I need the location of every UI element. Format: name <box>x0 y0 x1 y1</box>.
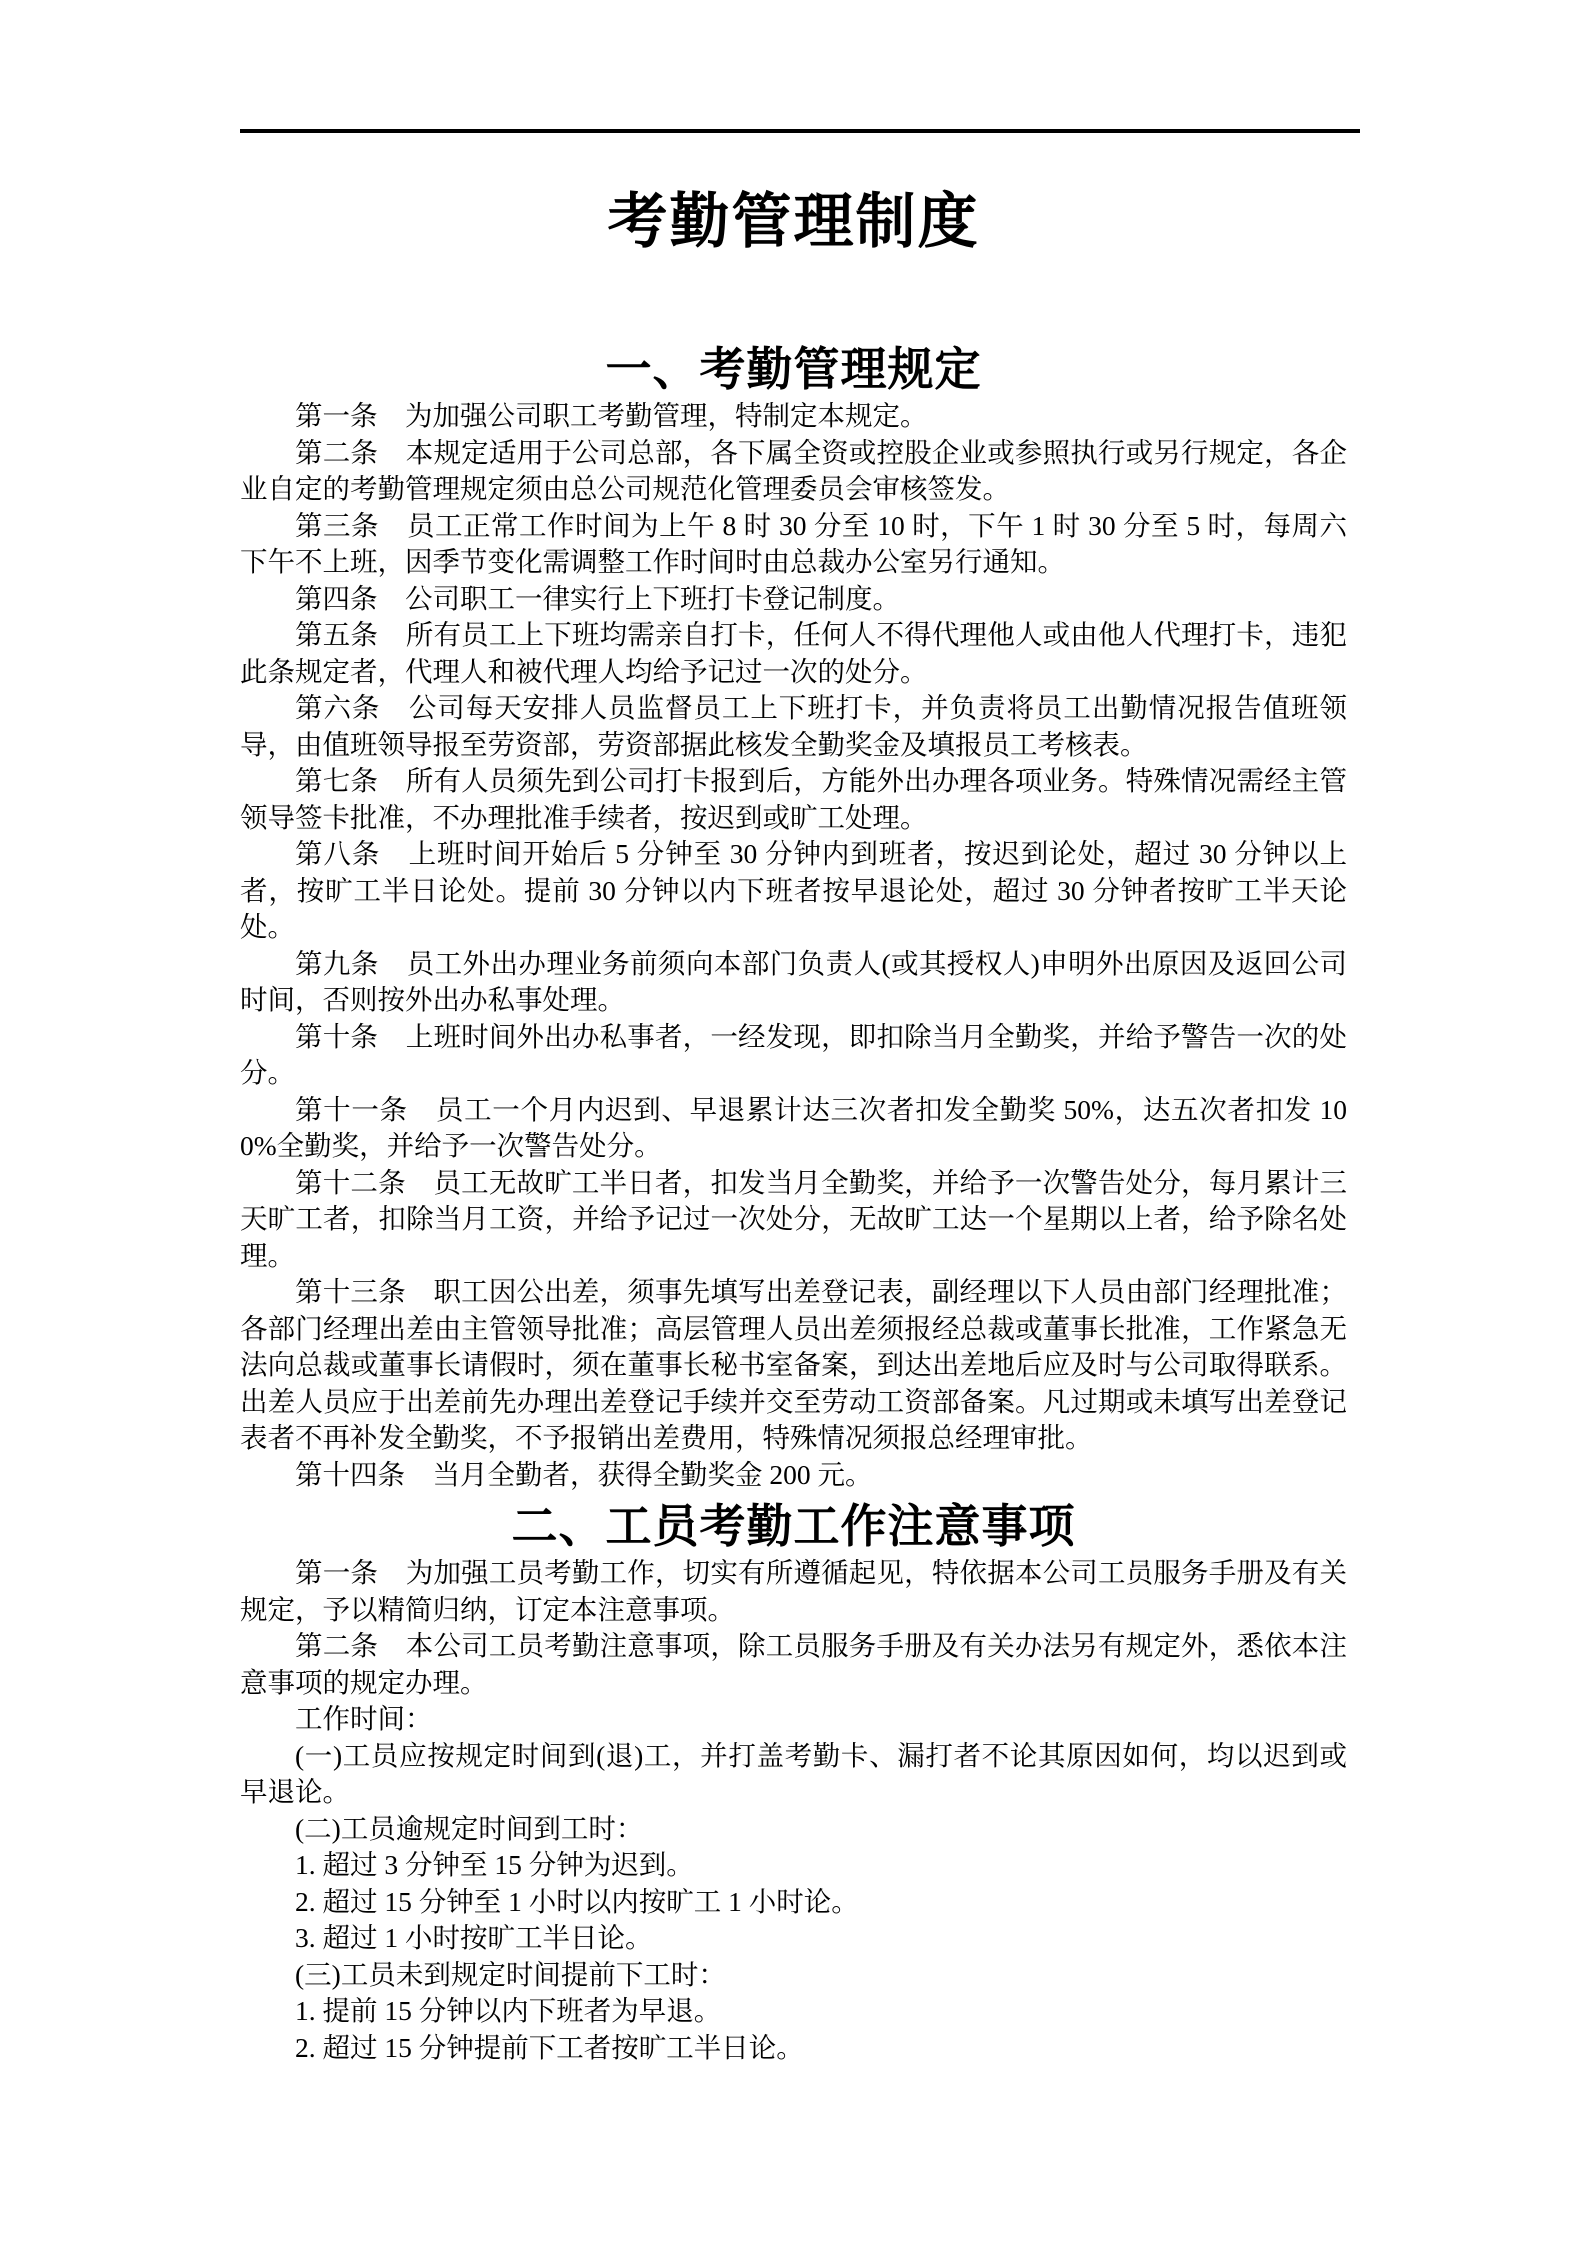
s1-article-8: 第八条 上班时间开始后 5 分钟至 30 分钟内到班者，按迟到论处，超过 30 … <box>240 836 1347 946</box>
s2-item-2-3: 3. 超过 1 小时按旷工半日论。 <box>240 1920 1347 1957</box>
s2-article-2: 第二条 本公司工员考勤注意事项，除工员服务手册及有关办法另有规定外，悉依本注意事… <box>240 1628 1347 1701</box>
s1-article-11: 第十一条 员工一个月内迟到、早退累计达三次者扣发全勤奖 50%，达五次者扣发 1… <box>240 1092 1347 1165</box>
s1-article-1: 第一条 为加强公司职工考勤管理，特制定本规定。 <box>240 398 1347 435</box>
s2-item-3-1: 1. 提前 15 分钟以内下班者为早退。 <box>240 1993 1347 2030</box>
document-page: 考勤管理制度 一、考勤管理规定 第一条 为加强公司职工考勤管理，特制定本规定。 … <box>0 0 1587 2245</box>
s1-article-6: 第六条 公司每天安排人员监督员工上下班打卡，并负责将员工出勤情况报告值班领导，由… <box>240 690 1347 763</box>
s1-article-3: 第三条 员工正常工作时间为上午 8 时 30 分至 10 时，下午 1 时 30… <box>240 508 1347 581</box>
s2-item-3: (三)工员未到规定时间提前下工时： <box>240 1957 1347 1994</box>
s2-item-2-2: 2. 超过 15 分钟至 1 小时以内按旷工 1 小时论。 <box>240 1884 1347 1921</box>
document-content: 考勤管理制度 一、考勤管理规定 第一条 为加强公司职工考勤管理，特制定本规定。 … <box>0 0 1587 2066</box>
s1-article-4: 第四条 公司职工一律实行上下班打卡登记制度。 <box>240 581 1347 618</box>
section-2-body: 第一条 为加强工员考勤工作，切实有所遵循起见，特依据本公司工员服务手册及有关规定… <box>240 1555 1347 2066</box>
s2-article-1: 第一条 为加强工员考勤工作，切实有所遵循起见，特依据本公司工员服务手册及有关规定… <box>240 1555 1347 1628</box>
section-2-heading: 二、工员考勤工作注意事项 <box>240 1493 1347 1553</box>
s1-article-10: 第十条 上班时间外出办私事者，一经发现，即扣除当月全勤奖，并给予警告一次的处分。 <box>240 1019 1347 1092</box>
s2-item-3-2: 2. 超过 15 分钟提前下工者按旷工半日论。 <box>240 2030 1347 2067</box>
s1-article-5: 第五条 所有员工上下班均需亲自打卡，任何人不得代理他人或由他人代理打卡，违犯此条… <box>240 617 1347 690</box>
section-1-heading: 一、考勤管理规定 <box>240 258 1347 396</box>
s2-work-hours-label: 工作时间： <box>240 1701 1347 1738</box>
s1-article-7: 第七条 所有人员须先到公司打卡报到后，方能外出办理各项业务。特殊情况需经主管领导… <box>240 763 1347 836</box>
s1-article-13: 第十三条 职工因公出差，须事先填写出差登记表，副经理以下人员由部门经理批准；各部… <box>240 1274 1347 1457</box>
header-rule <box>240 129 1360 133</box>
section-1-body: 第一条 为加强公司职工考勤管理，特制定本规定。 第二条 本规定适用于公司总部，各… <box>240 398 1347 1493</box>
s1-article-12: 第十二条 员工无故旷工半日者，扣发当月全勤奖，并给予一次警告处分，每月累计三天旷… <box>240 1165 1347 1275</box>
s2-item-2: (二)工员逾规定时间到工时： <box>240 1811 1347 1848</box>
s1-article-2: 第二条 本规定适用于公司总部，各下属全资或控股企业或参照执行或另行规定，各企业自… <box>240 435 1347 508</box>
s1-article-9: 第九条 员工外出办理业务前须向本部门负责人(或其授权人)申明外出原因及返回公司时… <box>240 946 1347 1019</box>
s2-item-2-1: 1. 超过 3 分钟至 15 分钟为迟到。 <box>240 1847 1347 1884</box>
s2-item-1: (一)工员应按规定时间到(退)工，并打盖考勤卡、漏打者不论其原因如何，均以迟到或… <box>240 1738 1347 1811</box>
s1-article-14: 第十四条 当月全勤者，获得全勤奖金 200 元。 <box>240 1457 1347 1494</box>
